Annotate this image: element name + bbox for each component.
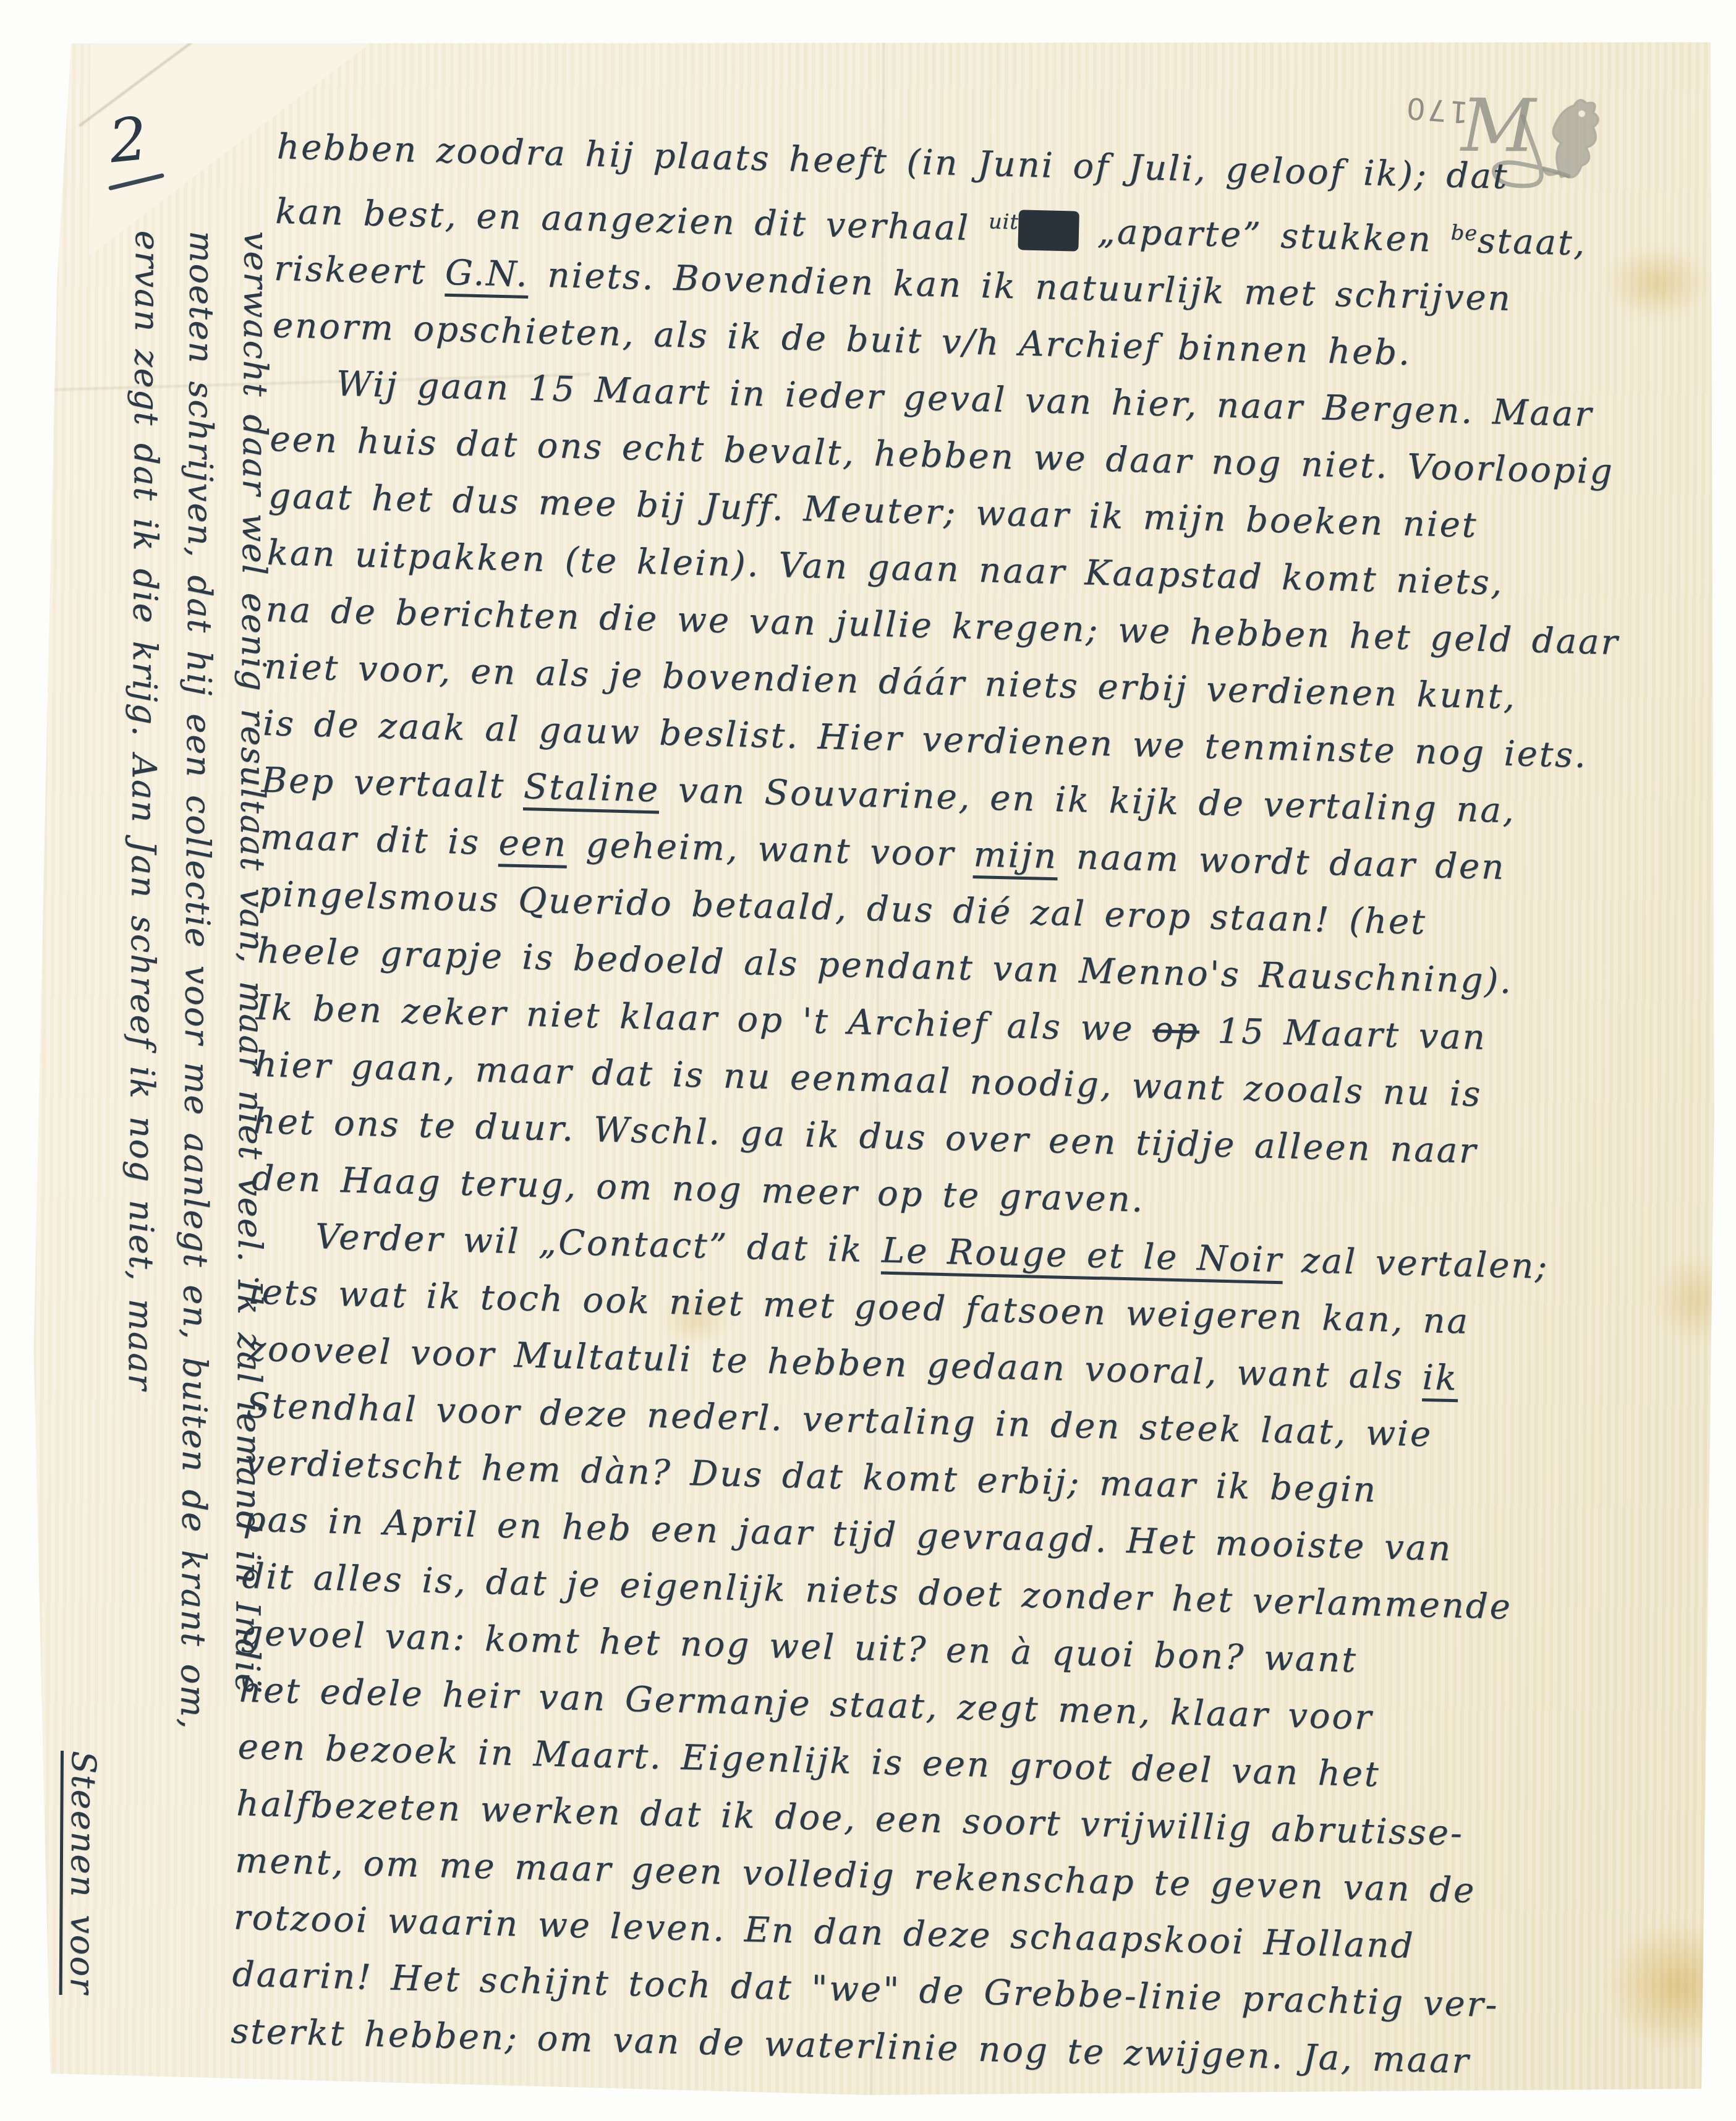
text-run: zal bbox=[1018, 210, 1079, 251]
text-run: Steenen voor bbox=[59, 1751, 103, 1995]
text-run: G.N. bbox=[445, 252, 529, 298]
text-run: „aparte” stukken bbox=[1078, 211, 1451, 260]
text-run: staat, bbox=[1477, 221, 1587, 263]
text-run: mijn bbox=[973, 835, 1058, 880]
text-run: verwacht daar wel eenig resultaat van, m… bbox=[228, 231, 276, 1694]
margin-line: moeten schrijven, dat hij een collectie … bbox=[163, 231, 229, 2011]
text-run: geheim, want voor bbox=[567, 825, 974, 875]
text-run: be bbox=[1450, 220, 1478, 245]
paper-stain bbox=[1606, 1921, 1736, 2051]
letter-paper: 2 170 M hebben zoodra hij plaats heeft (… bbox=[23, 32, 1722, 2104]
text-run: Bep vertaalt bbox=[261, 760, 524, 806]
text-run: zal vertalen; bbox=[1283, 1240, 1549, 1286]
margin-line: Steenen voor bbox=[54, 230, 120, 2010]
margin-line: ervan zegt dat ik die krijg. Aan Jan sch… bbox=[109, 231, 174, 2011]
margin-line: verwacht daar wel eenig resultaat van, m… bbox=[218, 231, 283, 2012]
text-run: riskeert bbox=[273, 249, 445, 293]
text-run: 15 Maart van bbox=[1199, 1011, 1487, 1058]
paper-stain bbox=[1654, 1254, 1735, 1347]
text-run: een bbox=[498, 823, 568, 869]
text-run: Le Rouge et le Noir bbox=[881, 1230, 1283, 1284]
scan-background: 2 170 M hebben zoodra hij plaats heeft (… bbox=[0, 0, 1736, 2121]
text-run: moeten schrijven, dat hij een collectie … bbox=[173, 231, 221, 1730]
page-number: 2 bbox=[106, 104, 151, 176]
text-run: op bbox=[1152, 1009, 1199, 1051]
body-text: hebben zoodra hij plaats heeft (in Juni … bbox=[230, 119, 1625, 2093]
text-run: ervan zegt dat ik die krijg. Aan Jan sch… bbox=[121, 231, 167, 1392]
margin-text: verwacht daar wel eenig resultaat van, m… bbox=[54, 230, 283, 2012]
text-run: naam wordt daar den bbox=[1057, 836, 1506, 888]
text-run: Verder wil „Contact” dat ik bbox=[315, 1217, 882, 1270]
text-run: Staline bbox=[523, 767, 660, 814]
text-run: maar dit is bbox=[260, 817, 499, 862]
text-run: uit bbox=[988, 209, 1019, 234]
text-run: ik bbox=[1422, 1358, 1459, 1402]
text-run: kan best, en aangezien dit verhaal bbox=[275, 192, 989, 249]
